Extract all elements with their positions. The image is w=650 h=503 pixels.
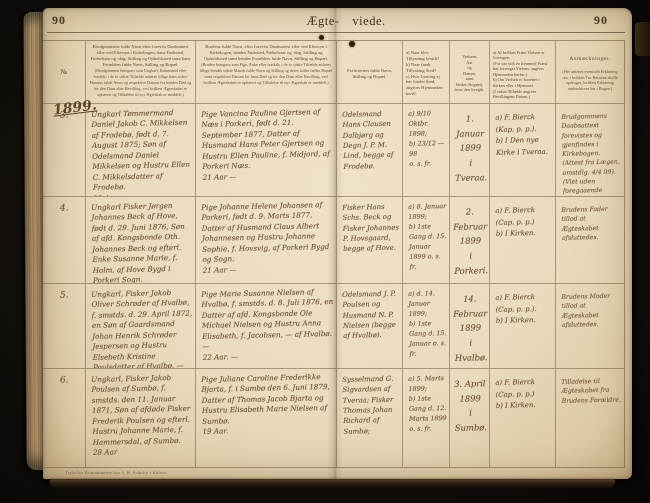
header-groom-main: Brudgommens fulde Navn efter forevist Da… — [89, 44, 192, 68]
page-title-right: viede. — [352, 14, 385, 29]
header-remarks: Anmærkninger. (Her anføres eventuelt Erk… — [556, 41, 625, 104]
cell-bride: Pige Vancina Pauline Gjertsen af Næs i P… — [196, 104, 337, 197]
cell-bride: Pige Marie Susanne Nielsen af Hvalbø, f.… — [196, 284, 337, 369]
cell-banns: a) d. 14. Januar 1899; b) 1ste Gang d. 1… — [403, 284, 450, 369]
cell-priest: a) F. Bierck (Kap. p. p.). b) I Den nye … — [490, 104, 556, 197]
cell-witnesses: Sysselmand G. Sigvardsen af Tveraa; Fisk… — [337, 369, 403, 468]
page-title: Ægte- viede. — [281, 14, 411, 29]
cell-wedding: 14. Februar 1899 i Hvalbø. — [450, 284, 490, 369]
cell-groom: Ungkarl Tømmermand Daniel Jakob C. Mikke… — [86, 104, 196, 197]
page-number-left: 90 — [52, 13, 66, 28]
page-title-left: Ægte- — [306, 14, 339, 29]
cell-remarks: Brudgommens Daabsattest forevistes og gj… — [556, 104, 625, 197]
header-no: № — [43, 41, 86, 104]
header-banns: a) Naar blev Tillysning bestilt? b) Naar… — [403, 41, 450, 104]
book-clasp — [635, 22, 650, 56]
table-row-cell-no: 5. — [43, 284, 86, 369]
header-remarks-title: Anmærkninger. — [559, 56, 621, 63]
table-row-cell-no: 6. — [43, 369, 86, 468]
cell-witnesses: Fisker Hans Schs. Beck og Fisker Johanne… — [337, 197, 403, 284]
cell-groom: Ungkarl, Fisker Jakob Poulsen af Sumbø, … — [86, 369, 196, 468]
cell-groom: Ungkarl, Fisker Jakob Oliver Schrøder af… — [86, 284, 196, 369]
cell-bride: Pige Johanne Helene Johansen af Porkeri,… — [196, 197, 337, 284]
cell-priest: a) F. Bierck (Cap. p. p.) b) I Kirken. — [490, 197, 556, 284]
header-bride: Brudens fulde Navn, efter forevist Daabs… — [196, 41, 337, 104]
cell-remarks: Brudens Fader tillod at Ægteskabet afslu… — [556, 197, 625, 284]
cell-witnesses: Odelsmand J. P. Poulsen og Husmand N. P.… — [337, 284, 403, 369]
header-wedding: Vielsens Aar og Datum, samt Stedet (Sogn… — [450, 41, 490, 104]
header-witnesses: Forlovernes fulde Navn, Stilling og Bopæ… — [337, 41, 403, 104]
title-rule — [47, 32, 625, 33]
cell-groom: Ungkarl Fisker Jørgen Johannes Beck af H… — [86, 197, 196, 284]
cell-banns: a) 8. Januar 1899; b) 1ste Gang d. 15. J… — [403, 197, 450, 284]
cell-priest: a) F. Bierck (Cap. p. p.). b) I Kirken. — [490, 284, 556, 369]
cell-remarks: Brudens Moder tillod at Ægteskabet afslu… — [556, 284, 625, 369]
cell-banns: a) 5. Marts 1899; b) 1ste Gang d. 12. Ma… — [403, 369, 450, 468]
table-row-cell-no: 4. — [43, 197, 86, 284]
header-bride-main: Brudens fulde Navn, efter forevist Daabs… — [199, 44, 333, 62]
header-groom-note: (Brudgommen betegnes som Ungkarl, Enkema… — [90, 68, 192, 97]
header-groom: Brudgommens fulde Navn efter forevist Da… — [86, 41, 196, 104]
cell-wedding: 1. Januar 1899 i Tveraa. — [450, 104, 490, 197]
cell-remarks: Tilladelse til Ægteskabet fra Brudens Fo… — [556, 369, 625, 468]
marriage-register-table: № Brudgommens fulde Navn efter forevist … — [43, 40, 625, 468]
table-row-cell-no: 3. — [43, 104, 86, 197]
cell-banns: a) 9/10 Oktbr. 1898; b) 23/12 — 98 o. s.… — [403, 104, 450, 197]
book-page: 90 Ægte- viede. 90 № Brudgommens fulde N… — [43, 8, 632, 479]
header-remarks-note: (Her anføres eventuelt Erklæring om, i h… — [559, 69, 621, 91]
bottom-book-edge — [50, 479, 615, 488]
cell-wedding: 2. Februar 1899 i Porkeri. — [450, 197, 490, 284]
header-priest: a) Af hvilken Præst Vielsen er foretagen… — [490, 41, 556, 104]
cell-bride: Pige Juliane Caroline Frederikke Bjarta,… — [196, 369, 337, 468]
cell-priest: a) F. Bierck (Cap. p. p.) b) I Kirken. — [490, 369, 556, 468]
page-header: 90 Ægte- viede. 90 — [43, 11, 632, 31]
photo-background: 90 Ægte- viede. 90 № Brudgommens fulde N… — [0, 0, 650, 503]
cell-witnesses: Odelsmand Hans Clausen Dalbjørg og Degn … — [337, 104, 403, 197]
cell-wedding: 3. April 1899 i Sumbø. — [450, 369, 490, 468]
header-bride-note: (Bruden betegnes som Pige, Enke eller fr… — [200, 62, 333, 85]
page-number-right: 90 — [594, 13, 608, 28]
footer-imprint: Trykt for Kommunerne hos J. H. Schultz i… — [65, 470, 167, 475]
